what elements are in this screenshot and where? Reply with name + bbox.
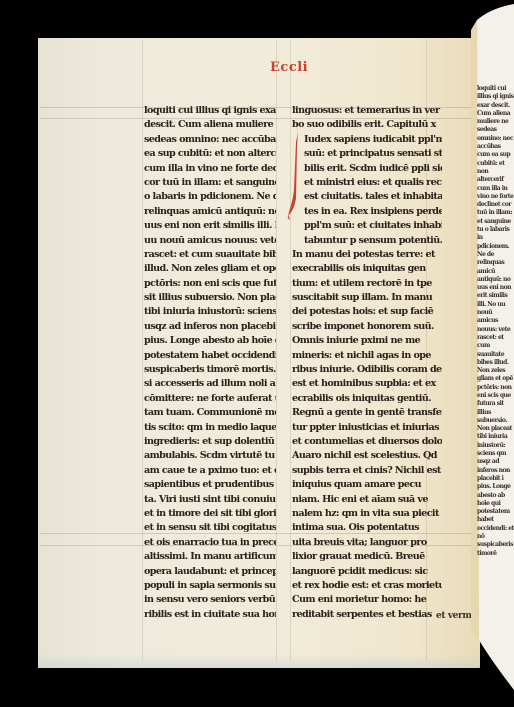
running-head: Eccli [270, 60, 308, 75]
text-line: intima sua. Ois potentatus [292, 521, 442, 535]
text-line: uu nouū amicus nouus: vete [144, 234, 276, 248]
text-line: ribus iniurie. Odibilis coram deo [292, 363, 442, 377]
text-line: am caue te a pximo tuo: et cū [144, 464, 276, 478]
text-line: Cum eni morietur homo: he [292, 593, 442, 607]
text-line: opera laudabunt: et princeps [144, 565, 276, 579]
text-line: o labaris in pdicionem. Ne de [144, 190, 276, 204]
text-line: tam tuam. Communionē mor [144, 406, 276, 420]
ruling-line-left-margin [142, 40, 143, 660]
text-line: rascet: et cum suauitate bibes [144, 248, 276, 262]
text-line: iniquius quam amare pecu [292, 478, 442, 492]
text-line: et ministri eius: et qualis rector [292, 176, 442, 190]
text-line: potestatem habet occidendi: et nō [144, 349, 276, 363]
text-line: supbis terra et cinis? Nichil est [292, 464, 442, 478]
text-line: languorē pcidit medicus: sic [292, 565, 442, 579]
text-line: uita breuis vita; languor pro [292, 536, 442, 550]
text-line: tibi iniuria iniustorū: sciens qm [144, 305, 276, 319]
text-line: ea sup cubitū: et non altercerif [144, 147, 276, 161]
text-line: suscitabit sup illam. In manu [292, 291, 442, 305]
text-column-right: linguosus: et temerarius in verbo suo od… [292, 104, 442, 622]
text-line: sapientibus et prudentibus trac [144, 478, 276, 492]
text-line: sedeas omnino: nec accūbas cum [144, 133, 276, 147]
text-line: si accesseris ad illum noli aliqd [144, 377, 276, 391]
text-line: ta. Viri iusti sint tibi conuiue: [144, 493, 276, 507]
text-line: mineris: et nichil agas in ope [292, 349, 442, 363]
text-line: cōmittere: ne forte auferat ui [144, 392, 276, 406]
text-line: sit illius subuersio. Non placeat [144, 291, 276, 305]
text-line: tium: et utilem rectorē in tpe [292, 277, 442, 291]
text-line: pctōris: non eni scis que futura [144, 277, 276, 291]
text-line: est ciuitatis. tales et inhabitan [292, 190, 442, 204]
text-line: nalem hz: qm in vita sua piecit [292, 507, 442, 521]
text-line: niam. Hic eni et aīam suā ve [292, 493, 442, 507]
text-line: loquiti cui illius qi ignis exar [144, 104, 276, 118]
text-line: dei potestas hois: et sup faciē [292, 305, 442, 319]
ruling-line-col-divider-a [276, 40, 277, 660]
text-line: illud. Non zeles gliam et opē [144, 262, 276, 276]
text-line: ambulabis. Scdm virtutē tu [144, 449, 276, 463]
text-line: cor tuū in illam: et sanguine tu [144, 176, 276, 190]
text-line: Auaro nichil est scelestius. Qd [292, 449, 442, 463]
text-line: In manu dei potestas terre: et [292, 248, 442, 262]
text-line: Iudex sapiens iudicabit ppl'm [292, 133, 442, 147]
text-line: reditabit serpentes et bestias [292, 608, 442, 622]
text-line: suū: et principatus sensati sta [292, 147, 442, 161]
text-line: Regnū a gente in gentē transfer [292, 406, 442, 420]
text-line: et ois enarracio tua in preceptis [144, 536, 276, 550]
text-line: tis scito: qm in medio laqueorū [144, 421, 276, 435]
text-line: tabuntur p sensum potentiū. [292, 234, 442, 248]
text-line: et rex hodie est: et cras morietur. [292, 579, 442, 593]
text-line: suspicaberis timorē mortis. Et [144, 363, 276, 377]
text-line: altissimi. In manu artificum [144, 550, 276, 564]
text-line: est et hominibus supbia: et ex [292, 377, 442, 391]
text-line: ecrabilis ois iniquitas gentiū. [292, 392, 442, 406]
text-line: lixior grauat medicū. Breuē [292, 550, 442, 564]
text-line: populi in sapia sermonis sui; [144, 579, 276, 593]
text-line: tur ppter iniusticias et iniurias [292, 421, 442, 435]
text-line: execrabilis ois iniquitas gen [292, 262, 442, 276]
text-line: et in timore dei sit tibi gloriatio. [144, 507, 276, 521]
text-line: relinquas amicū antiquū: no [144, 205, 276, 219]
text-line: in sensu vero seniors verbū. Ter [144, 593, 276, 607]
text-line: bo suo odibilis erit. Capitulū x [292, 118, 442, 132]
text-line: ppl'm suū: et ciuitates inhabi [292, 219, 442, 233]
text-line: et contumelias et diuersos dolos. [292, 435, 442, 449]
text-line: descit. Cum aliena muliere ne [144, 118, 276, 132]
text-line: et in sensu sit tibi cogitatus de [144, 521, 276, 535]
text-column-left: loquiti cui illius qi ignis exardescit. … [144, 104, 276, 622]
text-line: tes in ea. Rex insipiens perdet [292, 205, 442, 219]
decorated-initial-icon [286, 120, 300, 220]
text-line: bilis erit. Scdm iudicē ppli sic [292, 162, 442, 176]
text-line: linguosus: et temerarius in ver [292, 104, 442, 118]
text-line: ingredieris: et sup dolentiū armis [144, 435, 276, 449]
text-line: cum illa in vino ne forte declinet [144, 162, 276, 176]
text-line: pius. Longe abesto ab hoīe qui [144, 334, 276, 348]
text-line: uus eni non erit similis illi. No [144, 219, 276, 233]
text-line: ribilis est in ciuitate sua homo [144, 608, 276, 622]
text-line: usqz ad inferos non placebit i [144, 320, 276, 334]
facing-page-text: loquiti cui illius qi ignis exar descit.… [477, 85, 514, 555]
text-line: scribe imponet honorem suū. [292, 320, 442, 334]
text-line: Omnis iniurie pximi ne me [292, 334, 442, 348]
